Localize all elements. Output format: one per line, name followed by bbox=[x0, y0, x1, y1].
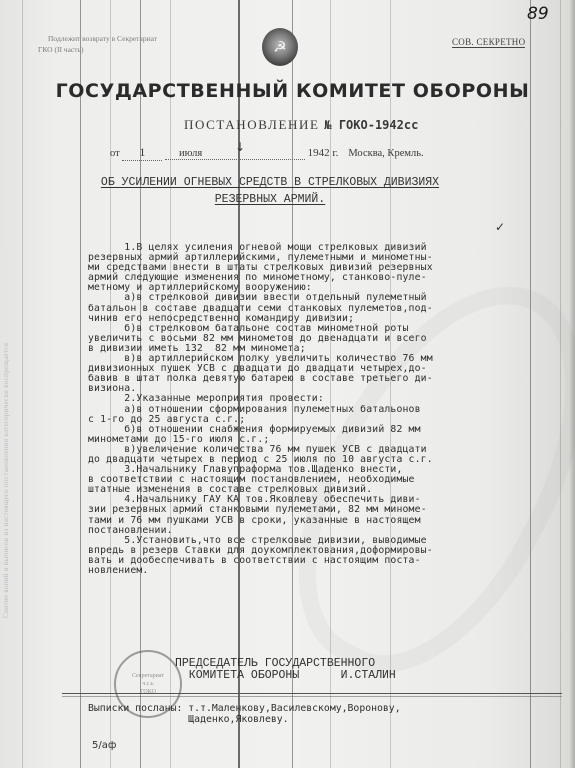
return-note-line2: ГКО (II часть) bbox=[38, 45, 83, 54]
distribution-list: Выписки посланы: т.т.Маленкову,Василевск… bbox=[88, 704, 401, 725]
date-day: 1 bbox=[122, 145, 162, 161]
body-line: вать и дообеспечивать в соответствии с н… bbox=[88, 556, 558, 566]
scan-line bbox=[22, 0, 23, 768]
decree-body: 1.В целях усиления огневой мощи стрелков… bbox=[88, 243, 558, 576]
page-edge-shadow bbox=[569, 0, 575, 768]
scan-line bbox=[560, 0, 561, 768]
body-line: новлением. bbox=[88, 566, 558, 576]
classification-label: СОВ. СЕКРЕТНО bbox=[452, 37, 525, 48]
divider bbox=[62, 693, 562, 694]
signature-line2: КОМИТЕТА ОБОРОНЫ И.СТАЛИН bbox=[175, 669, 396, 682]
document-page: Снятие копий и выписок из настоящего пос… bbox=[0, 0, 575, 768]
date-year: 1942 г. bbox=[308, 147, 339, 159]
decree-number: № ГОКО-1942сс bbox=[324, 118, 418, 132]
date-month: июля bbox=[165, 148, 305, 160]
decree-heading: ПОСТАНОВЛЕНИЕ № ГОКО-1942сс bbox=[184, 117, 418, 133]
checkmark-icon: ✓ bbox=[495, 220, 505, 234]
date-place: Москва, Кремль. bbox=[338, 148, 423, 159]
subject-line2: РЕЗЕРВНЫХ АРМИЙ. bbox=[215, 193, 325, 206]
document-subject: ОБ УСИЛЕНИИ ОГНЕВЫХ СРЕДСТВ В СТРЕЛКОВЫХ… bbox=[80, 174, 460, 208]
divider bbox=[62, 696, 562, 697]
body-line: бавив в штат полка девятую батарею в сос… bbox=[88, 374, 558, 384]
hammer-sickle-icon: ☭ bbox=[273, 38, 286, 56]
margin-note: Снятие копий и выписок из настоящего пос… bbox=[2, 200, 16, 760]
body-line: 2.Указанные мероприятия провести: bbox=[88, 394, 558, 404]
state-emblem-icon: ☭ bbox=[262, 28, 298, 66]
stamp-line2: ч.с.ь bbox=[116, 680, 180, 688]
distribution-line1: Выписки посланы: т.т.Маленкову,Василевск… bbox=[88, 703, 401, 714]
page-number: 89 bbox=[527, 4, 549, 24]
date-prefix: от bbox=[110, 148, 120, 159]
organization-title: ГОСУДАРСТВЕННЫЙ КОМИТЕТ ОБОРОНЫ bbox=[0, 80, 575, 102]
decree-label: ПОСТАНОВЛЕНИЕ bbox=[184, 117, 320, 132]
return-note-line1: Подлежит возврату в Секретариат bbox=[38, 33, 157, 44]
date-line: от 1 июля 1942 г.Москва, Кремль. bbox=[110, 145, 424, 161]
distribution-line2: Щаденко,Яковлеву. bbox=[88, 714, 289, 725]
scan-line bbox=[80, 0, 81, 768]
signature-block: ПРЕДСЕДАТЕЛЬ ГОСУДАРСТВЕННОГО КОМИТЕТА О… bbox=[175, 658, 396, 681]
stamp-line3: ГОКО bbox=[116, 688, 180, 696]
return-note: Подлежит возврату в Секретариат ГКО (II … bbox=[38, 33, 157, 55]
subject-line1: ОБ УСИЛЕНИИ ОГНЕВЫХ СРЕДСТВ В СТРЕЛКОВЫХ… bbox=[101, 176, 439, 189]
stamp-line1: Секретариат bbox=[116, 672, 180, 680]
reference-code: 5/аф bbox=[92, 740, 116, 751]
